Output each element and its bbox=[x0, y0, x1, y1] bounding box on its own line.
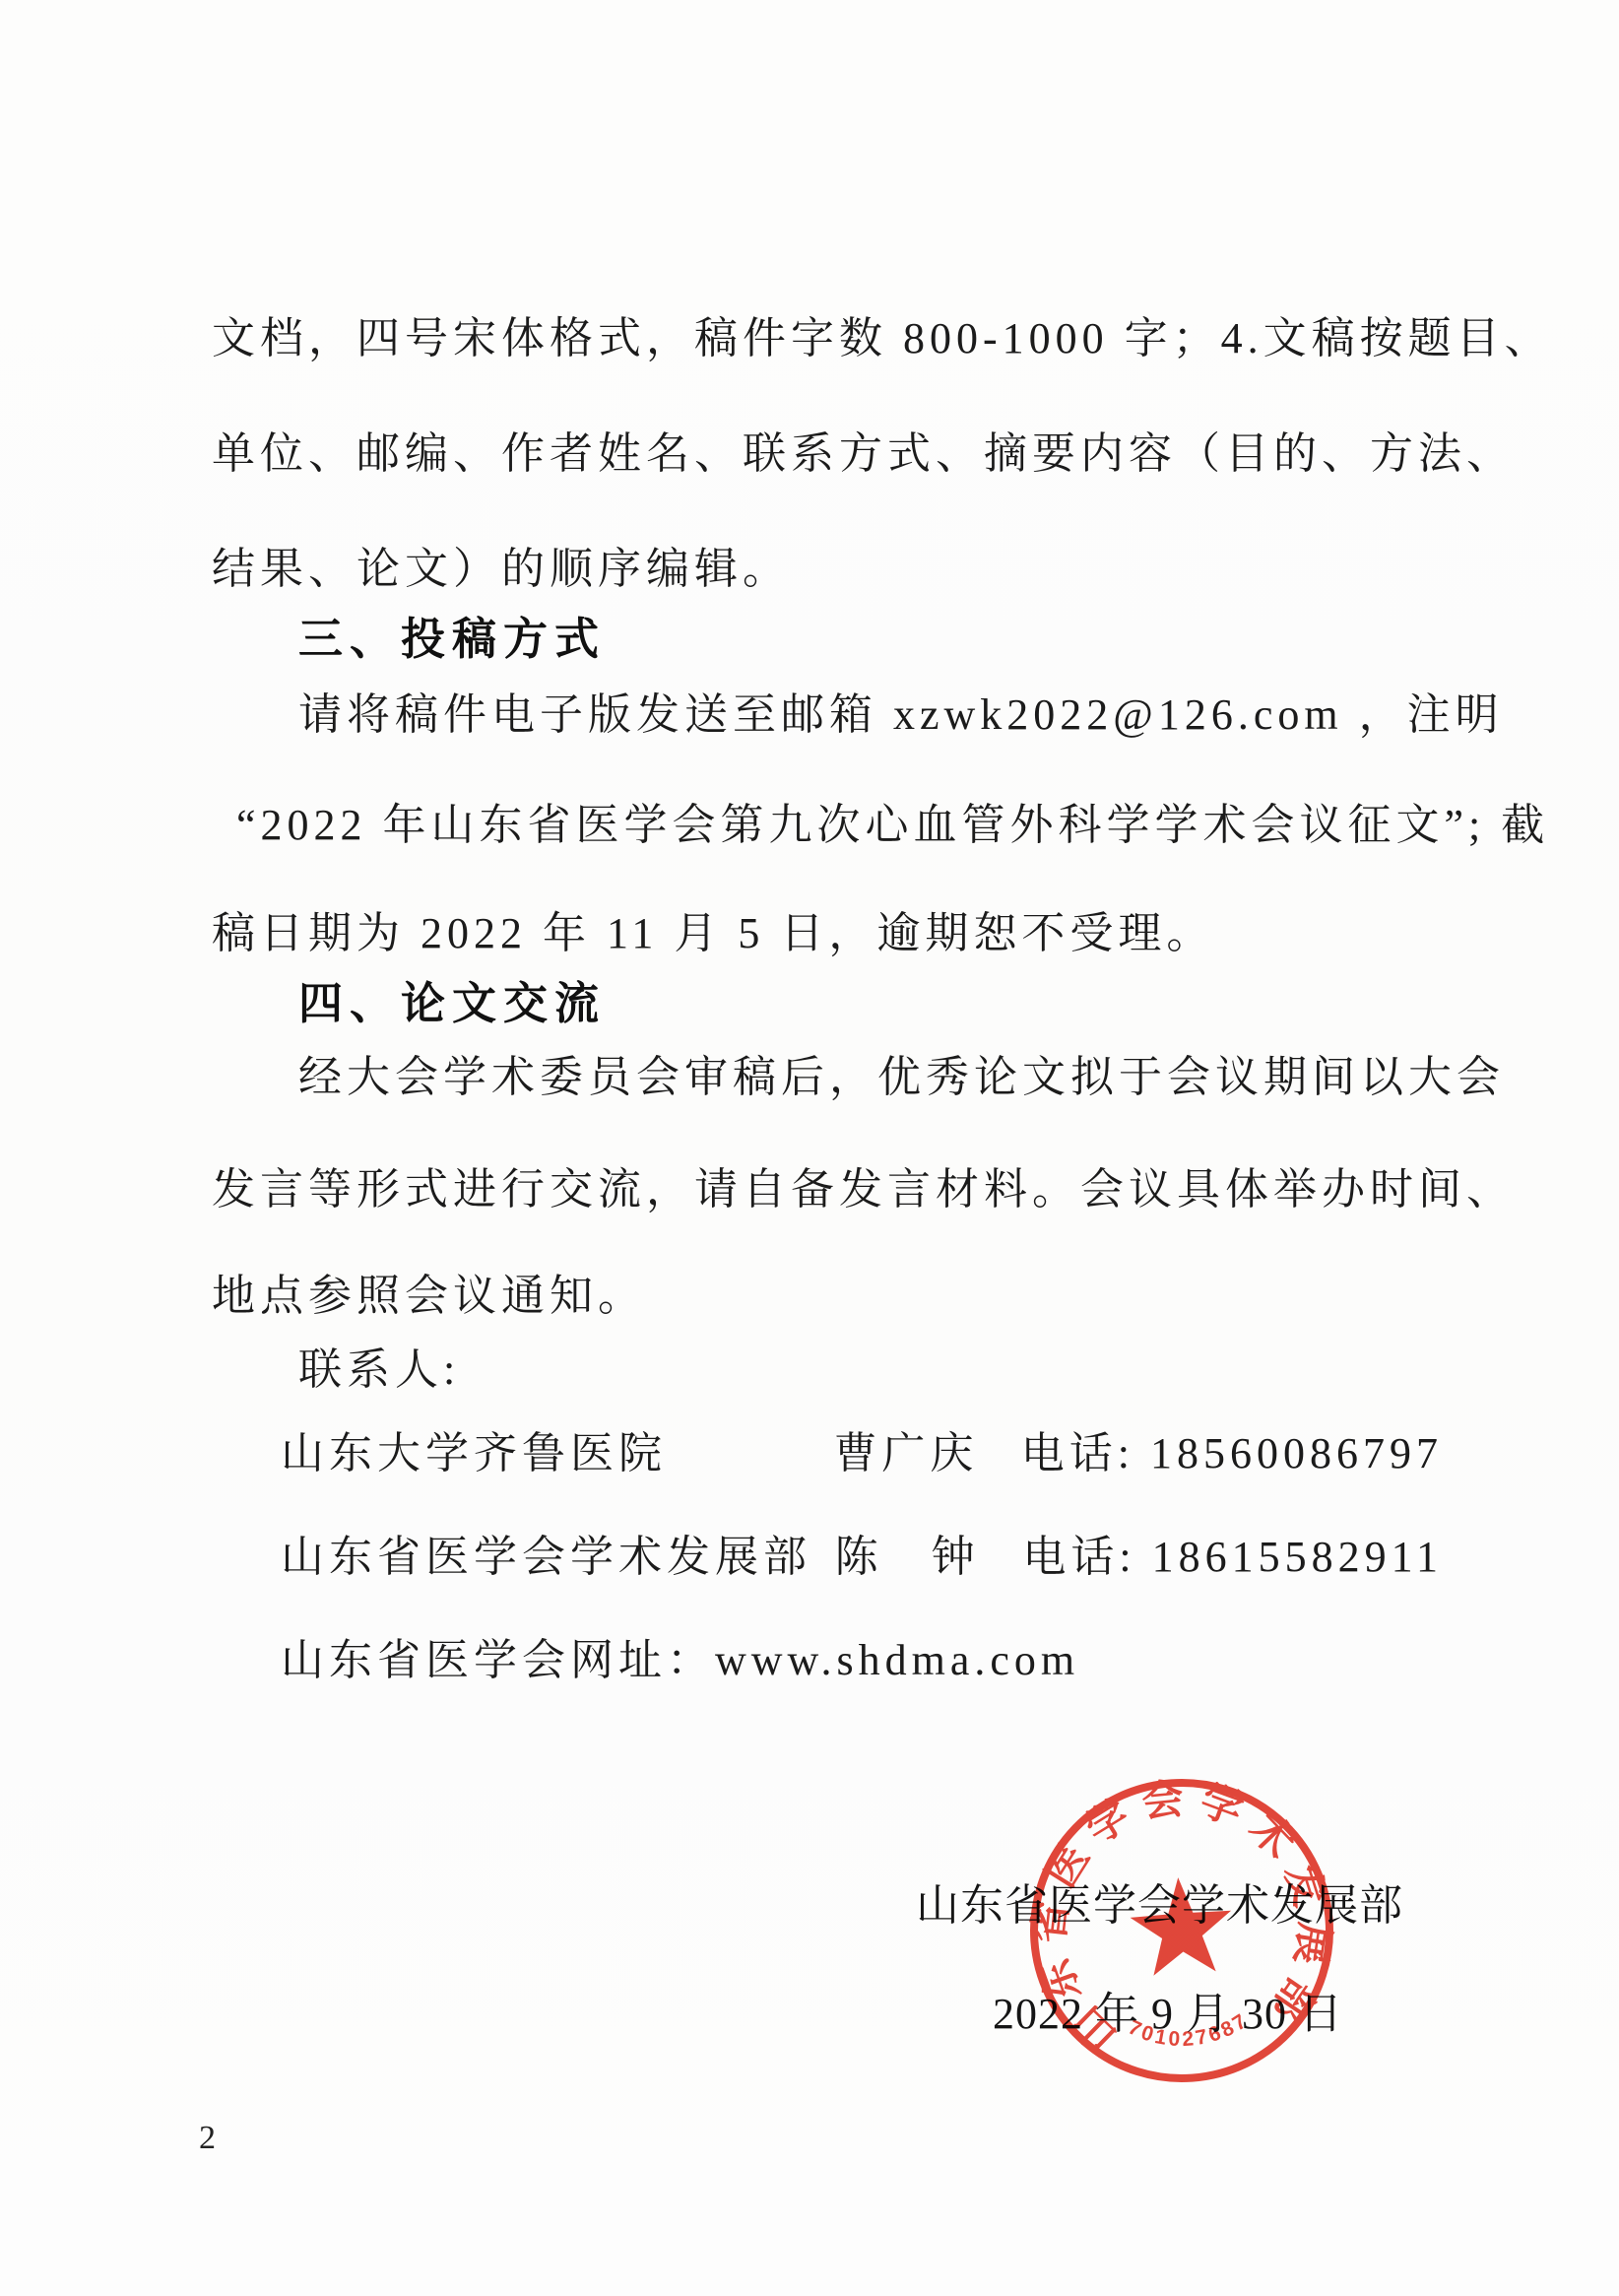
body-line: 经大会学术委员会审稿后，优秀论文拟于会议期间以大会 bbox=[298, 1052, 1505, 1104]
section-heading-exchange: 四、论文交流 bbox=[298, 977, 606, 1030]
body-line: “2022 年山东省医学会第九次心血管外科学学术会议征文”; 截 bbox=[236, 800, 1549, 852]
section-heading-submission: 三、投稿方式 bbox=[298, 613, 606, 666]
body-line: 地点参照会议通知。 bbox=[212, 1271, 646, 1323]
contact-phone: 电话: 18560086797 bbox=[1021, 1428, 1443, 1480]
scanned-document-page: 文档，四号宋体格式，稿件字数 800-1000 字；4.文稿按题目、 单位、邮编… bbox=[0, 0, 1619, 2296]
body-line: 发言等形式进行交流，请自备发言材料。会议具体举办时间、 bbox=[212, 1164, 1515, 1216]
contact-org: 山东大学齐鲁医院 bbox=[281, 1428, 833, 1480]
body-line: 单位、邮编、作者姓名、联系方式、摘要内容（目的、方法、 bbox=[212, 428, 1515, 481]
contact-org: 山东省医学会学术发展部 bbox=[281, 1532, 835, 1584]
contact-phone: 电话: 18615582911 bbox=[1022, 1532, 1443, 1584]
seal-star bbox=[1128, 1874, 1235, 1978]
website-line: 山东省医学会网址：www.shdma.com bbox=[281, 1635, 1079, 1687]
contacts-label: 联系人: bbox=[298, 1345, 460, 1397]
body-line: 文档，四号宋体格式，稿件字数 800-1000 字；4.文稿按题目、 bbox=[212, 313, 1553, 365]
contact-person: 陈 钟 bbox=[835, 1532, 1023, 1584]
contact-row: 山东省医学会学术发展部 陈 钟 电话: 18615582911 bbox=[281, 1532, 1443, 1584]
body-line: 结果、论文）的顺序编辑。 bbox=[212, 544, 791, 596]
official-seal: 山东省医学会学术发展部 37010276875 bbox=[1013, 1762, 1350, 2099]
page-number: 2 bbox=[199, 2120, 216, 2157]
contact-row: 山东大学齐鲁医院 曹广庆 电话: 18560086797 bbox=[281, 1428, 1443, 1480]
contact-person: 曹广庆 bbox=[833, 1428, 1020, 1480]
body-line: 稿日期为 2022 年 11 月 5 日，逾期恕不受理。 bbox=[212, 908, 1214, 960]
body-line: 请将稿件电子版发送至邮箱 xzwk2022@126.com ，注明 bbox=[298, 689, 1504, 742]
